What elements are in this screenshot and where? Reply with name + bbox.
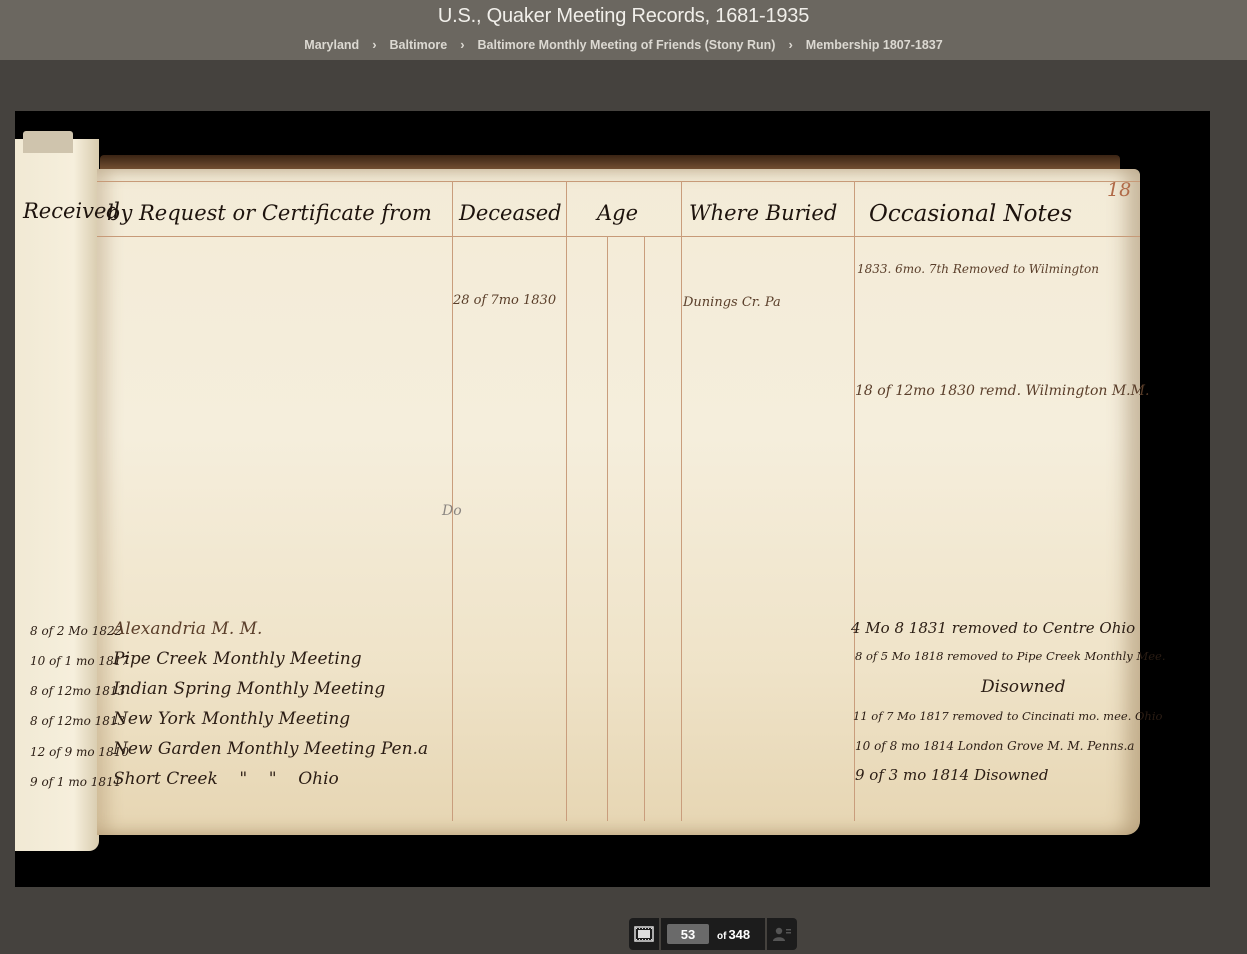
breadcrumb-membership[interactable]: Membership 1807-1837 — [806, 38, 943, 52]
breadcrumb: Maryland › Baltimore › Baltimore Monthly… — [0, 37, 1247, 52]
user-index-icon — [772, 926, 792, 942]
certificate-from: Short Creek " " Ohio — [113, 769, 339, 789]
note-entry: 4 Mo 8 1831 removed to Centre Ohio — [851, 619, 1135, 637]
chevron-right-icon: › — [460, 37, 464, 52]
image-viewer[interactable]: 18 Received by Request or Certificate fr… — [15, 111, 1210, 887]
rule-top — [97, 181, 1140, 182]
breadcrumb-meeting[interactable]: Baltimore Monthly Meeting of Friends (St… — [478, 38, 776, 52]
note-entry: 1833. 6mo. 7th Removed to Wilmington — [857, 262, 1099, 276]
total-pages: 348 — [728, 927, 750, 942]
breadcrumb-baltimore[interactable]: Baltimore — [390, 38, 448, 52]
collection-title: U.S., Quaker Meeting Records, 1681-1935 — [0, 5, 1247, 28]
header-age: Age — [597, 201, 638, 225]
index-button[interactable] — [767, 918, 797, 950]
ledger-page: 18 Received by Request or Certificate fr… — [97, 169, 1140, 835]
received-date: 8 of 2 Mo 1822 — [30, 624, 122, 638]
received-date: 9 of 1 mo 1811 — [30, 775, 121, 789]
page-navigator: of348 — [661, 918, 765, 950]
header-from: by Request or Certificate from — [107, 201, 432, 225]
header-notes: Occasional Notes — [869, 201, 1072, 227]
column-divider — [644, 236, 645, 821]
page-tab — [23, 131, 73, 153]
column-divider — [452, 181, 453, 821]
note-entry: 8 of 5 Mo 1818 removed to Pipe Creek Mon… — [855, 649, 1165, 663]
note-entry: 11 of 7 Mo 1817 removed to Cincinati mo.… — [853, 709, 1162, 723]
deceased-entry: 28 of 7mo 1830 — [453, 293, 556, 308]
header-received: Received — [23, 199, 120, 223]
of-label: of — [717, 931, 726, 942]
column-divider — [854, 181, 855, 821]
filmstrip-icon — [634, 926, 654, 942]
certificate-from: Alexandria M. M. — [113, 619, 262, 639]
column-divider — [681, 181, 682, 821]
page-number-input[interactable] — [667, 924, 709, 944]
column-divider — [566, 181, 567, 821]
page-number: 18 — [1107, 179, 1131, 201]
chevron-right-icon: › — [372, 37, 376, 52]
page-total: of348 — [717, 927, 750, 942]
received-date: 8 of 12mo 1813 — [30, 684, 125, 698]
note-entry: Disowned — [981, 677, 1065, 697]
note-entry: 9 of 3 mo 1814 Disowned — [855, 766, 1048, 784]
header-where-buried: Where Buried — [689, 201, 837, 225]
note-entry: 10 of 8 mo 1814 London Grove M. M. Penns… — [855, 739, 1134, 753]
certificate-from: Indian Spring Monthly Meeting — [113, 679, 385, 699]
collection-header: U.S., Quaker Meeting Records, 1681-1935 … — [0, 0, 1247, 60]
image-pager: of348 — [629, 918, 797, 950]
certificate-from: New Garden Monthly Meeting Pen.a — [113, 739, 428, 759]
breadcrumb-maryland[interactable]: Maryland — [304, 38, 359, 52]
column-divider — [607, 236, 608, 821]
buried-entry: Dunings Cr. Pa — [683, 295, 781, 310]
received-date: 8 of 12mo 1813 — [30, 714, 125, 728]
certificate-from: Pipe Creek Monthly Meeting — [113, 649, 362, 669]
pencil-mark: Do — [442, 503, 462, 519]
filmstrip-button[interactable] — [629, 918, 659, 950]
chevron-right-icon: › — [788, 37, 792, 52]
rule-header — [97, 236, 1140, 237]
certificate-from: New York Monthly Meeting — [113, 709, 350, 729]
note-entry: 18 of 12mo 1830 remd. Wilmington M.M. — [855, 383, 1149, 399]
header-deceased: Deceased — [459, 201, 562, 225]
